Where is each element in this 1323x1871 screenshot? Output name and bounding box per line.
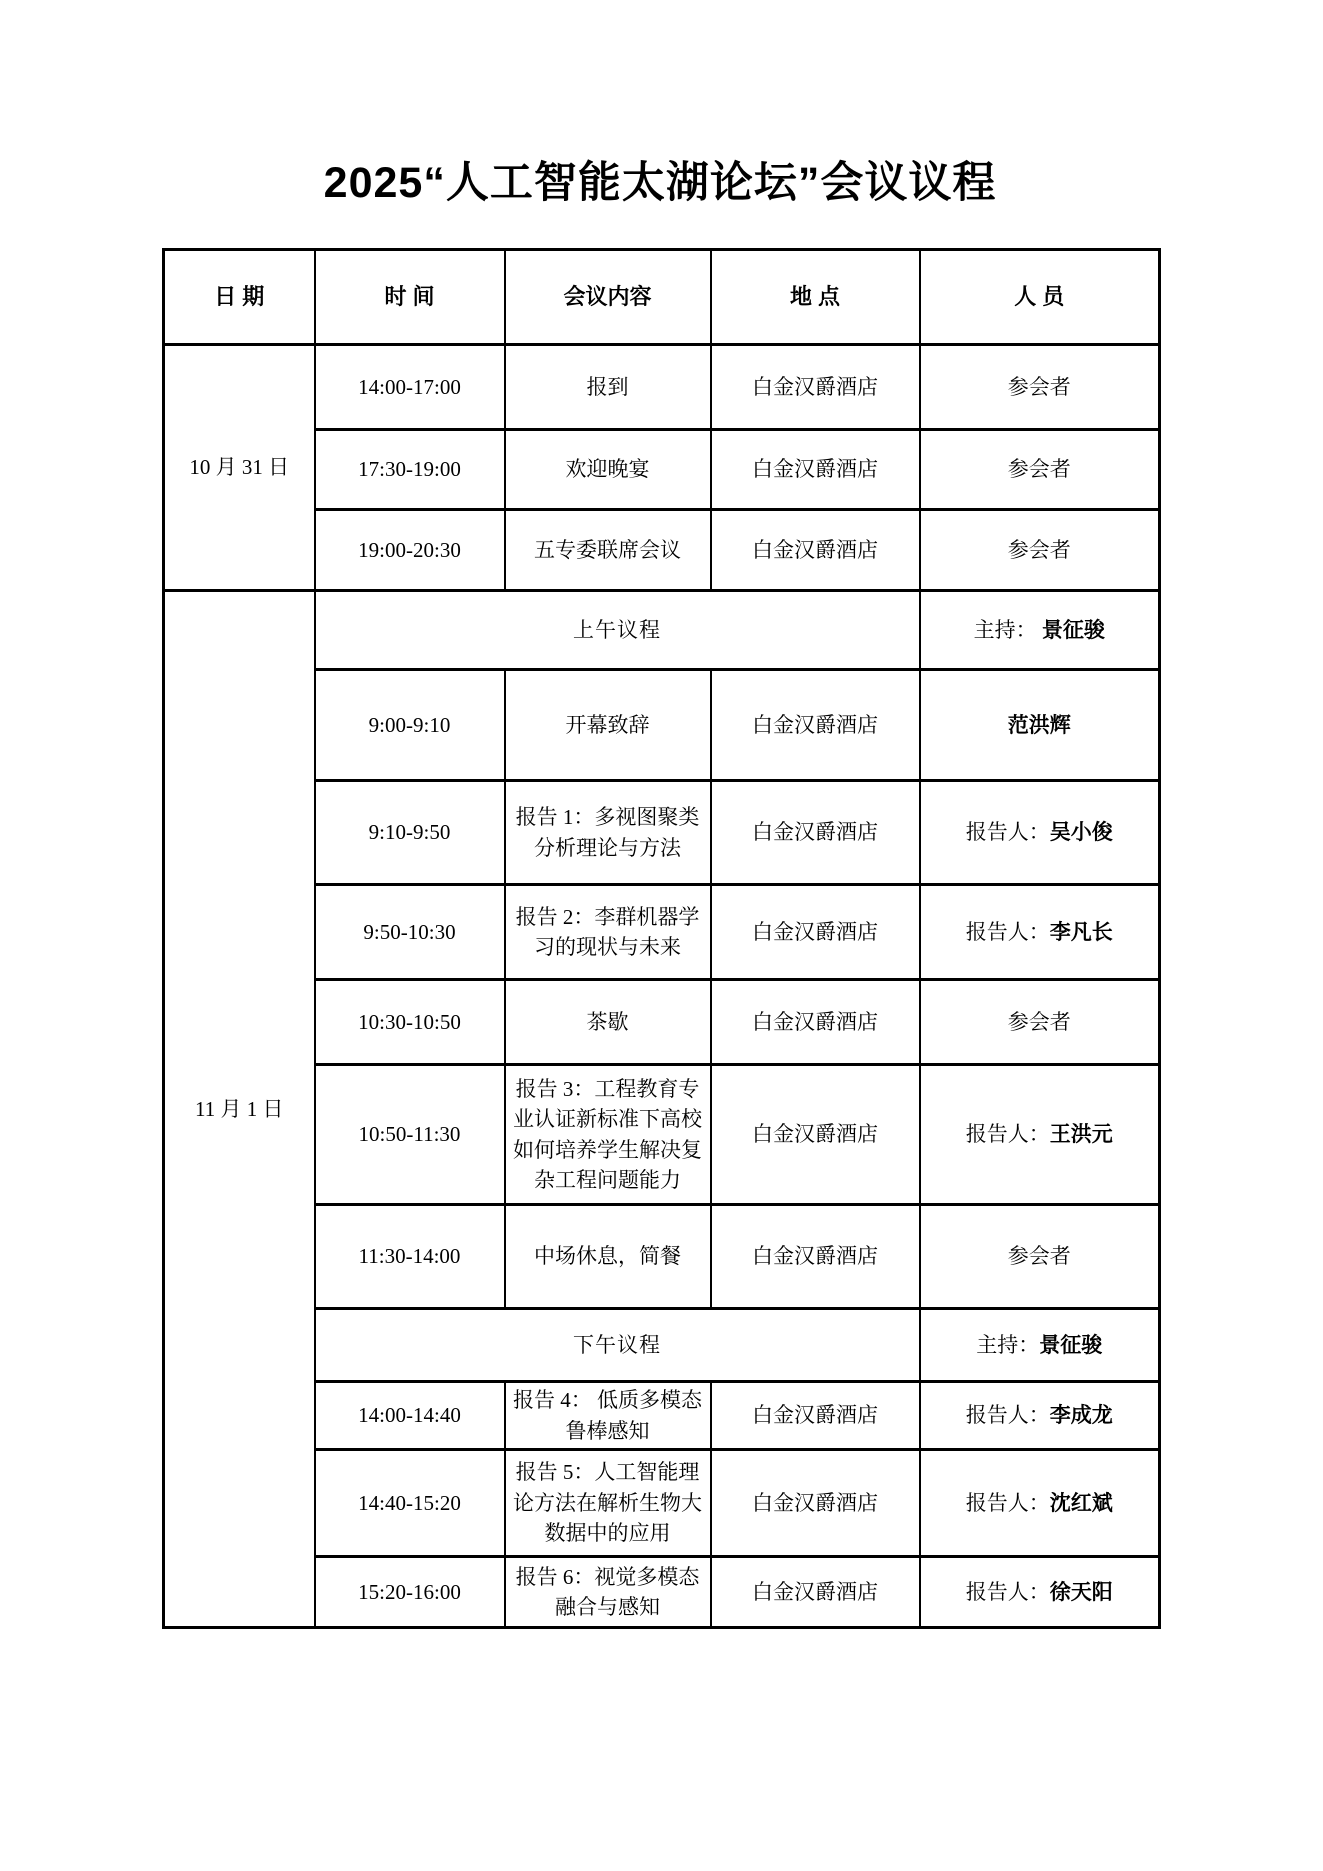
time-cell: 14:00-14:40	[315, 1382, 505, 1450]
content-cell: 报告 5：人工智能理论方法在解析生物大数据中的应用	[505, 1450, 711, 1557]
content-cell: 报告 1：多视图聚类分析理论与方法	[505, 781, 711, 885]
content-cell: 开幕致辞	[505, 670, 711, 781]
person-cell: 参会者	[920, 430, 1160, 510]
location-cell: 白金汉爵酒店	[711, 1382, 920, 1450]
date-cell-day2: 11 月 1 日	[164, 591, 315, 1628]
person-cell: 报告人：李成龙	[920, 1382, 1160, 1450]
time-cell: 9:50-10:30	[315, 885, 505, 980]
person-cell: 参会者	[920, 1205, 1160, 1309]
host-cell: 主持： 景征骏	[920, 591, 1160, 670]
time-cell: 14:00-17:00	[315, 345, 505, 430]
page: 2025“人工智能太湖论坛”会议议程 日 期 时 间 会议内容 地 点 人 员 …	[0, 0, 1323, 1871]
location-cell: 白金汉爵酒店	[711, 345, 920, 430]
header-row: 日 期 时 间 会议内容 地 点 人 员	[164, 250, 1160, 345]
person-cell: 参会者	[920, 980, 1160, 1065]
content-cell: 报告 4： 低质多模态鲁棒感知	[505, 1382, 711, 1450]
col-header-time: 时 间	[315, 250, 505, 345]
agenda-table: 日 期 时 间 会议内容 地 点 人 员 10 月 31 日 14:00-17:…	[162, 248, 1161, 1629]
content-cell: 欢迎晚宴	[505, 430, 711, 510]
col-header-person: 人 员	[920, 250, 1160, 345]
page-title: 2025“人工智能太湖论坛”会议议程	[162, 160, 1158, 207]
time-cell: 10:30-10:50	[315, 980, 505, 1065]
person-cell: 范洪辉	[920, 670, 1160, 781]
presenter-label: 报告人：	[966, 920, 1050, 944]
presenter-label: 报告人：	[966, 1580, 1050, 1604]
col-header-date: 日 期	[164, 250, 315, 345]
time-cell: 19:00-20:30	[315, 510, 505, 591]
time-cell: 15:20-16:00	[315, 1557, 505, 1628]
presenter-name: 徐天阳	[1050, 1580, 1113, 1604]
table-row: 10 月 31 日 14:00-17:00 报到 白金汉爵酒店 参会者	[164, 345, 1160, 430]
host-label: 主持：	[974, 618, 1042, 642]
time-cell: 11:30-14:00	[315, 1205, 505, 1309]
col-header-content: 会议内容	[505, 250, 711, 345]
location-cell: 白金汉爵酒店	[711, 1205, 920, 1309]
time-cell: 9:10-9:50	[315, 781, 505, 885]
time-cell: 17:30-19:00	[315, 430, 505, 510]
section-label-cell: 下午议程	[315, 1309, 920, 1382]
person-cell: 参会者	[920, 345, 1160, 430]
person-cell: 参会者	[920, 510, 1160, 591]
presenter-label: 报告人：	[966, 1122, 1050, 1146]
host-name: 景征骏	[1039, 1333, 1102, 1357]
presenter-label: 报告人：	[966, 820, 1050, 844]
time-cell: 10:50-11:30	[315, 1065, 505, 1205]
speaker-name: 范洪辉	[1008, 713, 1071, 737]
content-cell: 中场休息，简餐	[505, 1205, 711, 1309]
col-header-location: 地 点	[711, 250, 920, 345]
location-cell: 白金汉爵酒店	[711, 1557, 920, 1628]
location-cell: 白金汉爵酒店	[711, 1065, 920, 1205]
person-cell: 报告人：李凡长	[920, 885, 1160, 980]
presenter-name: 李成龙	[1050, 1403, 1113, 1427]
location-cell: 白金汉爵酒店	[711, 885, 920, 980]
presenter-name: 王洪元	[1050, 1122, 1113, 1146]
host-name: 景征骏	[1042, 618, 1105, 642]
host-cell: 主持：景征骏	[920, 1309, 1160, 1382]
location-cell: 白金汉爵酒店	[711, 510, 920, 591]
presenter-label: 报告人：	[966, 1403, 1050, 1427]
time-cell: 9:00-9:10	[315, 670, 505, 781]
host-label: 主持：	[976, 1333, 1039, 1357]
location-cell: 白金汉爵酒店	[711, 980, 920, 1065]
content-cell: 报告 6：视觉多模态融合与感知	[505, 1557, 711, 1628]
content-cell: 茶歇	[505, 980, 711, 1065]
date-cell-day1: 10 月 31 日	[164, 345, 315, 591]
location-cell: 白金汉爵酒店	[711, 670, 920, 781]
content-cell: 报告 2：李群机器学习的现状与未来	[505, 885, 711, 980]
presenter-label: 报告人：	[966, 1491, 1050, 1515]
section-label-cell: 上午议程	[315, 591, 920, 670]
person-cell: 报告人：沈红斌	[920, 1450, 1160, 1557]
content-cell: 报到	[505, 345, 711, 430]
person-cell: 报告人：王洪元	[920, 1065, 1160, 1205]
section-row-morning: 11 月 1 日 上午议程 主持： 景征骏	[164, 591, 1160, 670]
person-cell: 报告人：吴小俊	[920, 781, 1160, 885]
content-cell: 五专委联席会议	[505, 510, 711, 591]
location-cell: 白金汉爵酒店	[711, 430, 920, 510]
person-cell: 报告人：徐天阳	[920, 1557, 1160, 1628]
location-cell: 白金汉爵酒店	[711, 1450, 920, 1557]
presenter-name: 李凡长	[1050, 920, 1113, 944]
presenter-name: 沈红斌	[1050, 1491, 1113, 1515]
content-cell: 报告 3：工程教育专业认证新标准下高校如何培养学生解决复杂工程问题能力	[505, 1065, 711, 1205]
time-cell: 14:40-15:20	[315, 1450, 505, 1557]
presenter-name: 吴小俊	[1050, 820, 1113, 844]
location-cell: 白金汉爵酒店	[711, 781, 920, 885]
